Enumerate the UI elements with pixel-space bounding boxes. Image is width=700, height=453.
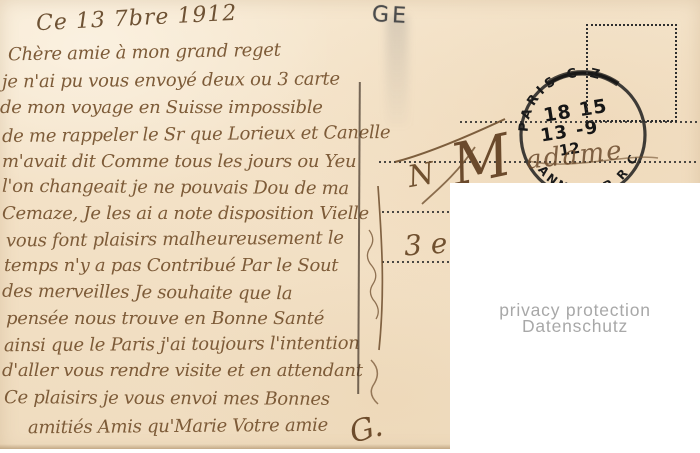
message-line: Cemaze, Je les ai a note disposition Vie… [2,205,369,223]
privacy-overlay: privacy protection Datenschutz [450,183,700,453]
postcard-scan: GE Ce 13 7bre 1912 Chère amie à mon gran… [0,0,700,453]
message-line: de mon voyage en Suisse impossible [0,99,323,117]
message-line: je n'ai pu vous envoyé deux ou 3 carte [2,71,340,92]
stamp-placement-box [586,24,677,122]
address-line3-handwriting: 3 e [403,227,448,263]
message-line: de me rappeler le Sr que Lorieux et Cane… [2,124,390,146]
message-line: amitiés Amis qu'Marie Votre amie [28,417,328,438]
pencil-note: GE [371,2,409,29]
message-line: vous font plaisirs malheureusement le [6,230,344,251]
message-line: Chère amie à mon grand reget [8,42,281,65]
addressee-rest: adame [525,136,625,176]
privacy-overlay-line2: Datenschutz [522,316,628,337]
message-line: l'on changeait je ne pouvais Dou de ma [2,178,349,198]
message-line: temps n'y a pas Contribué Par le Sout [4,257,338,275]
message-line: m'avait dit Comme tous les jours ou Yeu [2,153,356,171]
message-line: Ce plaisirs je vous envoi mes Bonnes [4,389,330,409]
message-line: des merveilles Je souhaite que la [2,283,292,304]
message-line: d'aller vous rendre visite et en attenda… [2,362,363,380]
message-line: ainsi que le Paris j'ai toujours l'inten… [4,335,360,355]
message-line: pensée nous trouve en Bonne Santé [6,310,324,328]
scan-background-strip [0,449,452,453]
vertical-pen-stroke [352,182,402,417]
